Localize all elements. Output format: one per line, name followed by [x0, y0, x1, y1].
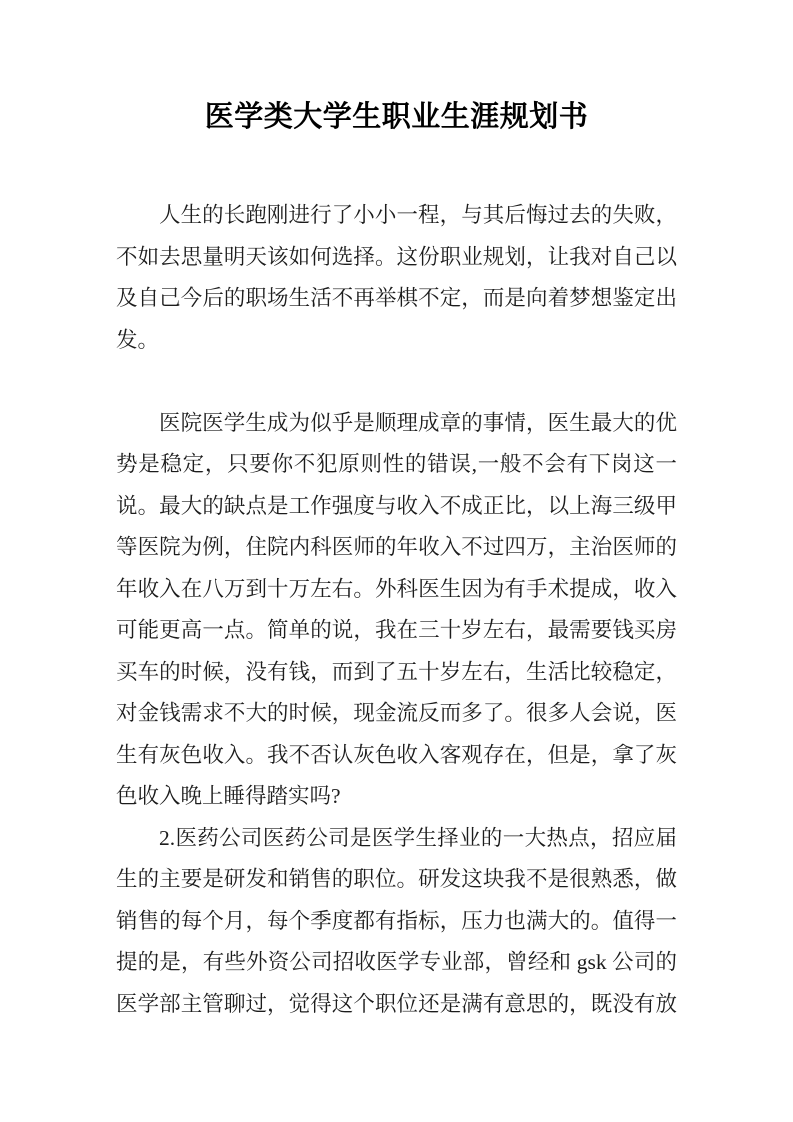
text-line: 等医院为例，住院内科医师的年收入不过四万，主治医师的 — [116, 527, 677, 569]
paragraph-2: 医院医学生成为似乎是顺理成章的事情，医生最大的优 势是稳定，只要你不犯原则性的错… — [116, 403, 677, 818]
text-line: 生的主要是研发和销售的职位。研发这块我不是很熟悉，做 — [116, 859, 677, 901]
text-line: 不如去思量明天该如何选择。这份职业规划，让我对自己以 — [116, 237, 677, 279]
text-line: 势是稳定，只要你不犯原则性的错误,一般不会有下岗这一 — [116, 444, 677, 486]
text-line: 医学部主管聊过，觉得这个职位还是满有意思的，既没有放 — [116, 984, 677, 1026]
text-line: 买车的时候，没有钱，而到了五十岁左右，生活比较稳定， — [116, 652, 677, 694]
paragraph-3: 2.医药公司医药公司是医学生择业的一大热点，招应届 生的主要是研发和销售的职位。… — [116, 818, 677, 1026]
paragraph-spacer — [116, 361, 677, 403]
text-line: 可能更高一点。简单的说，我在三十岁左右，最需要钱买房 — [116, 610, 677, 652]
text-line: 对金钱需求不大的时候，现金流反而多了。很多人会说，医 — [116, 693, 677, 735]
paragraph-1: 人生的长跑刚进行了小小一程，与其后悔过去的失败， 不如去思量明天该如何选择。这份… — [116, 195, 677, 361]
text-line: 生有灰色收入。我不否认灰色收入客观存在，但是，拿了灰 — [116, 735, 677, 777]
text-line: 及自己今后的职场生活不再举棋不定，而是向着梦想鉴定出 — [116, 278, 677, 320]
text-line: 医院医学生成为似乎是顺理成章的事情，医生最大的优 — [116, 403, 677, 445]
text-line: 发。 — [116, 320, 677, 362]
text-line: 说。最大的缺点是工作强度与收入不成正比，以上海三级甲 — [116, 486, 677, 528]
document-body: 人生的长跑刚进行了小小一程，与其后悔过去的失败， 不如去思量明天该如何选择。这份… — [116, 195, 677, 1025]
text-line: 年收入在八万到十万左右。外科医生因为有手术提成，收入 — [116, 569, 677, 611]
document-title: 医学类大学生职业生涯规划书 — [116, 97, 677, 137]
text-line: 提的是，有些外资公司招收医学专业部，曾经和 gsk 公司的 — [116, 942, 677, 984]
text-line: 色收入晚上睡得踏实吗? — [116, 776, 677, 818]
document-page: 医学类大学生职业生涯规划书 人生的长跑刚进行了小小一程，与其后悔过去的失败， 不… — [0, 0, 793, 1122]
text-line: 2.医药公司医药公司是医学生择业的一大热点，招应届 — [116, 818, 677, 860]
text-line: 销售的每个月，每个季度都有指标，压力也满大的。值得一 — [116, 901, 677, 943]
text-line: 人生的长跑刚进行了小小一程，与其后悔过去的失败， — [116, 195, 677, 237]
